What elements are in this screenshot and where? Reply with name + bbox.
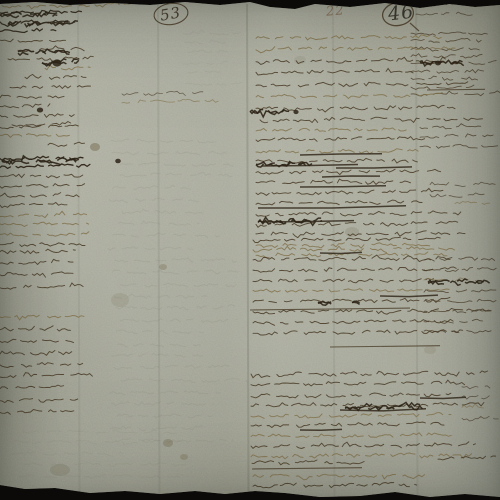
ink-blot (37, 107, 43, 112)
ink-blot (293, 110, 298, 114)
paper-stain (345, 227, 359, 237)
ink-blot (53, 59, 62, 66)
folio-number-left-circled: 53 (159, 3, 183, 24)
strikethrough-stroke (300, 429, 342, 430)
paper-stain (424, 346, 436, 354)
ink-blot (115, 159, 121, 163)
paper-stain (111, 293, 129, 307)
page-number-center: 22 (325, 3, 345, 20)
paper-stain (180, 454, 188, 460)
underline-stroke (427, 89, 485, 90)
folio-number-right-circled: 46 (387, 0, 416, 25)
paper-stain (90, 143, 100, 151)
handwriting-layer (0, 0, 500, 500)
ink-blot (435, 61, 441, 66)
paper-stain (50, 464, 70, 476)
manuscript-paper-sheet: 53 22 46 (0, 0, 500, 500)
manuscript-scan: 53 22 46 (0, 0, 500, 500)
paper-stain (159, 264, 167, 270)
